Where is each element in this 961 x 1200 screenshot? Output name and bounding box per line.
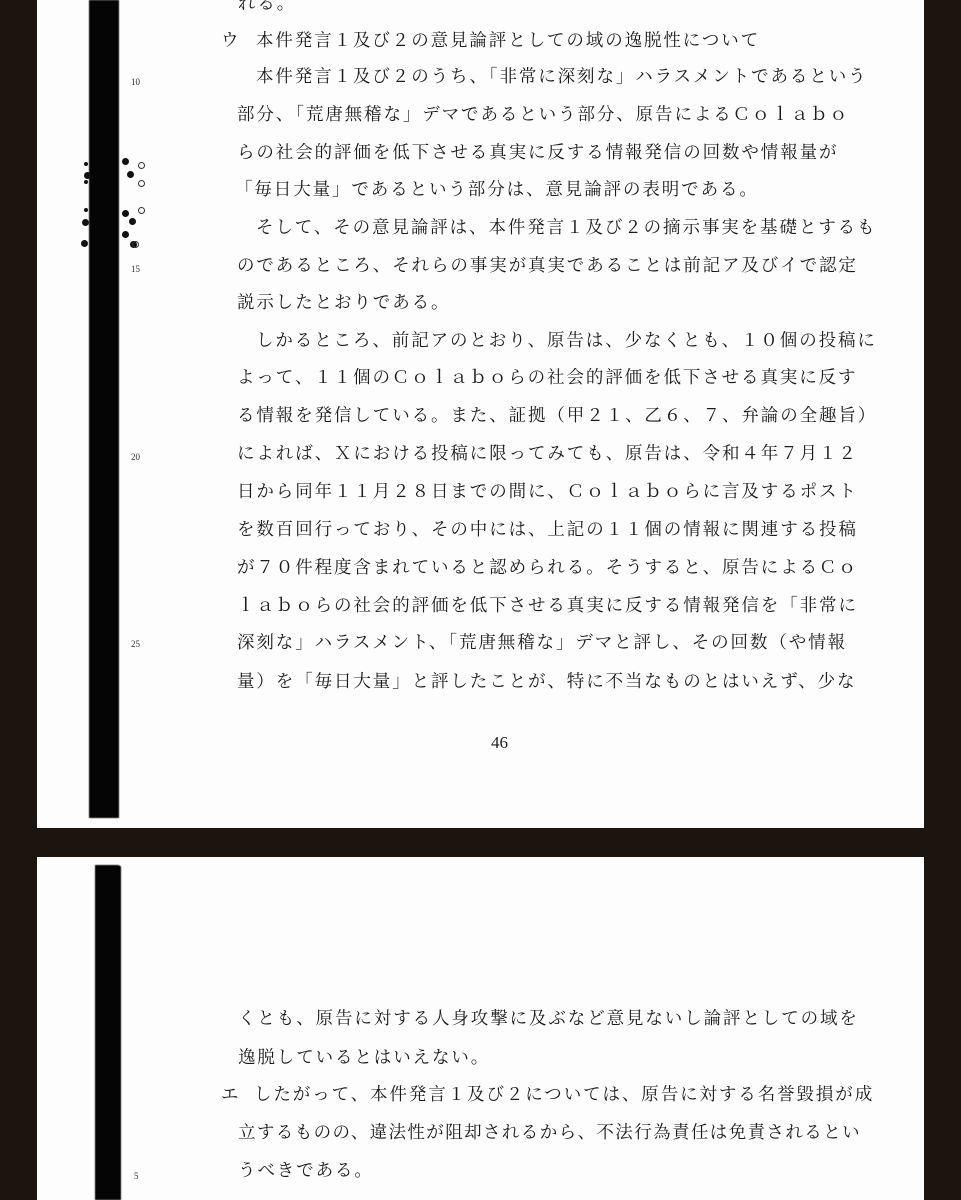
- punch-hole-mark: [122, 231, 129, 238]
- punch-hole-mark: [138, 180, 145, 187]
- document-page-47: 5 くとも、原告に対する人身攻撃に及ぶなど意見ないし論評としての域を 逸脱してい…: [37, 857, 924, 1200]
- text-line: らの社会的評価を低下させる真実に反する情報発信の回数や情報量が: [237, 143, 838, 163]
- punch-hole-mark: [138, 162, 145, 169]
- text-line: したがって、本件発言１及び２については、原告に対する名誉毀損が成: [254, 1085, 874, 1105]
- text-line: 立するものの、違法性が阻却されるから、不法行為責任は免責されるとい: [238, 1123, 861, 1143]
- punch-hole-mark: [122, 158, 129, 165]
- line-number: 10: [131, 77, 140, 87]
- text-line: 部分、「荒唐無稽な」デマであるという部分、原告によるＣｏｌａｂｏ: [237, 105, 849, 125]
- page-number: 46: [491, 733, 508, 753]
- section-label: ウ: [221, 31, 240, 51]
- text-line: 深刻な」ハラスメント、「荒唐無稽な」デマと評し、その回数（や情報: [237, 633, 847, 653]
- punch-hole-mark: [127, 171, 134, 178]
- section-heading: 本件発言１及び２の意見論評としての域の逸脱性について: [256, 31, 760, 51]
- text-line: によれば、Ｘにおける投稿に限ってみても、原告は、令和４年７月１２: [237, 444, 858, 464]
- text-line: が７０件程度含まれていると認められる。そうすると、原告によるＣｏ: [237, 558, 858, 578]
- text-line: を数百回行っており、その中には、上記の１１個の情報に関連する投稿: [237, 520, 858, 540]
- text-line: くとも、原告に対する人身攻撃に及ぶなど意見ないし論評としての域を: [238, 1009, 859, 1029]
- text-line: ｌａｂｏらの社会的評価を低下させる真実に反する情報発信を「非常に: [237, 596, 858, 616]
- text-line: 説示したとおりである。: [237, 293, 450, 313]
- text-line: しかるところ、前記アのとおり、原告は、少なくとも、１０個の投稿に: [256, 331, 877, 351]
- punch-hole-mark: [84, 172, 91, 179]
- text-line: 本件発言１及び２のうち、「非常に深刻な」ハラスメントであるという: [256, 67, 868, 87]
- punch-hole-mark: [84, 162, 88, 166]
- text-line: うべきである。: [238, 1161, 374, 1181]
- line-number: 20: [131, 452, 140, 462]
- punch-hole-mark: [82, 219, 89, 226]
- text-line: れる。: [238, 0, 296, 14]
- binding-shadow-bar: [95, 865, 121, 1200]
- punch-hole-mark: [81, 240, 88, 247]
- punch-hole-mark: [84, 208, 88, 212]
- document-page-46: 10 15 20 25 れる。 ウ 本件発言１及び２の意見論評としての域の逸脱性…: [37, 0, 924, 828]
- text-line: そして、その意見論評は、本件発言１及び２の摘示事実を基礎とするも: [256, 218, 876, 238]
- text-line: 量）を「毎日大量」と評したことが、特に不当なものとはいえず、少な: [237, 672, 856, 692]
- punch-hole-mark: [122, 210, 129, 217]
- line-number: 25: [131, 639, 140, 649]
- line-number: 15: [131, 264, 140, 274]
- text-line: 「毎日大量」であるという部分は、意見論評の表明である。: [235, 180, 759, 200]
- text-line: る情報を発信している。また、証拠（甲２１、乙６、７、弁論の全趣旨）: [237, 406, 877, 426]
- text-line: よって、１１個のＣｏｌａｂｏらの社会的評価を低下させる真実に反す: [237, 368, 857, 388]
- binding-shadow-bar: [89, 0, 119, 818]
- section-label: エ: [221, 1085, 240, 1105]
- punch-hole-mark: [84, 180, 88, 184]
- text-line: 日から同年１１月２８日までの間に、Ｃｏｌａｂｏらに言及するポスト: [237, 482, 858, 502]
- punch-hole-mark: [129, 218, 136, 225]
- text-line: 逸脱しているとはいえない。: [238, 1048, 490, 1068]
- text-line: のであるところ、それらの事実が真実であることは前記ア及びイで認定: [237, 256, 858, 276]
- line-number: 5: [134, 1171, 139, 1181]
- punch-hole-mark: [132, 241, 139, 248]
- punch-hole-mark: [138, 207, 145, 214]
